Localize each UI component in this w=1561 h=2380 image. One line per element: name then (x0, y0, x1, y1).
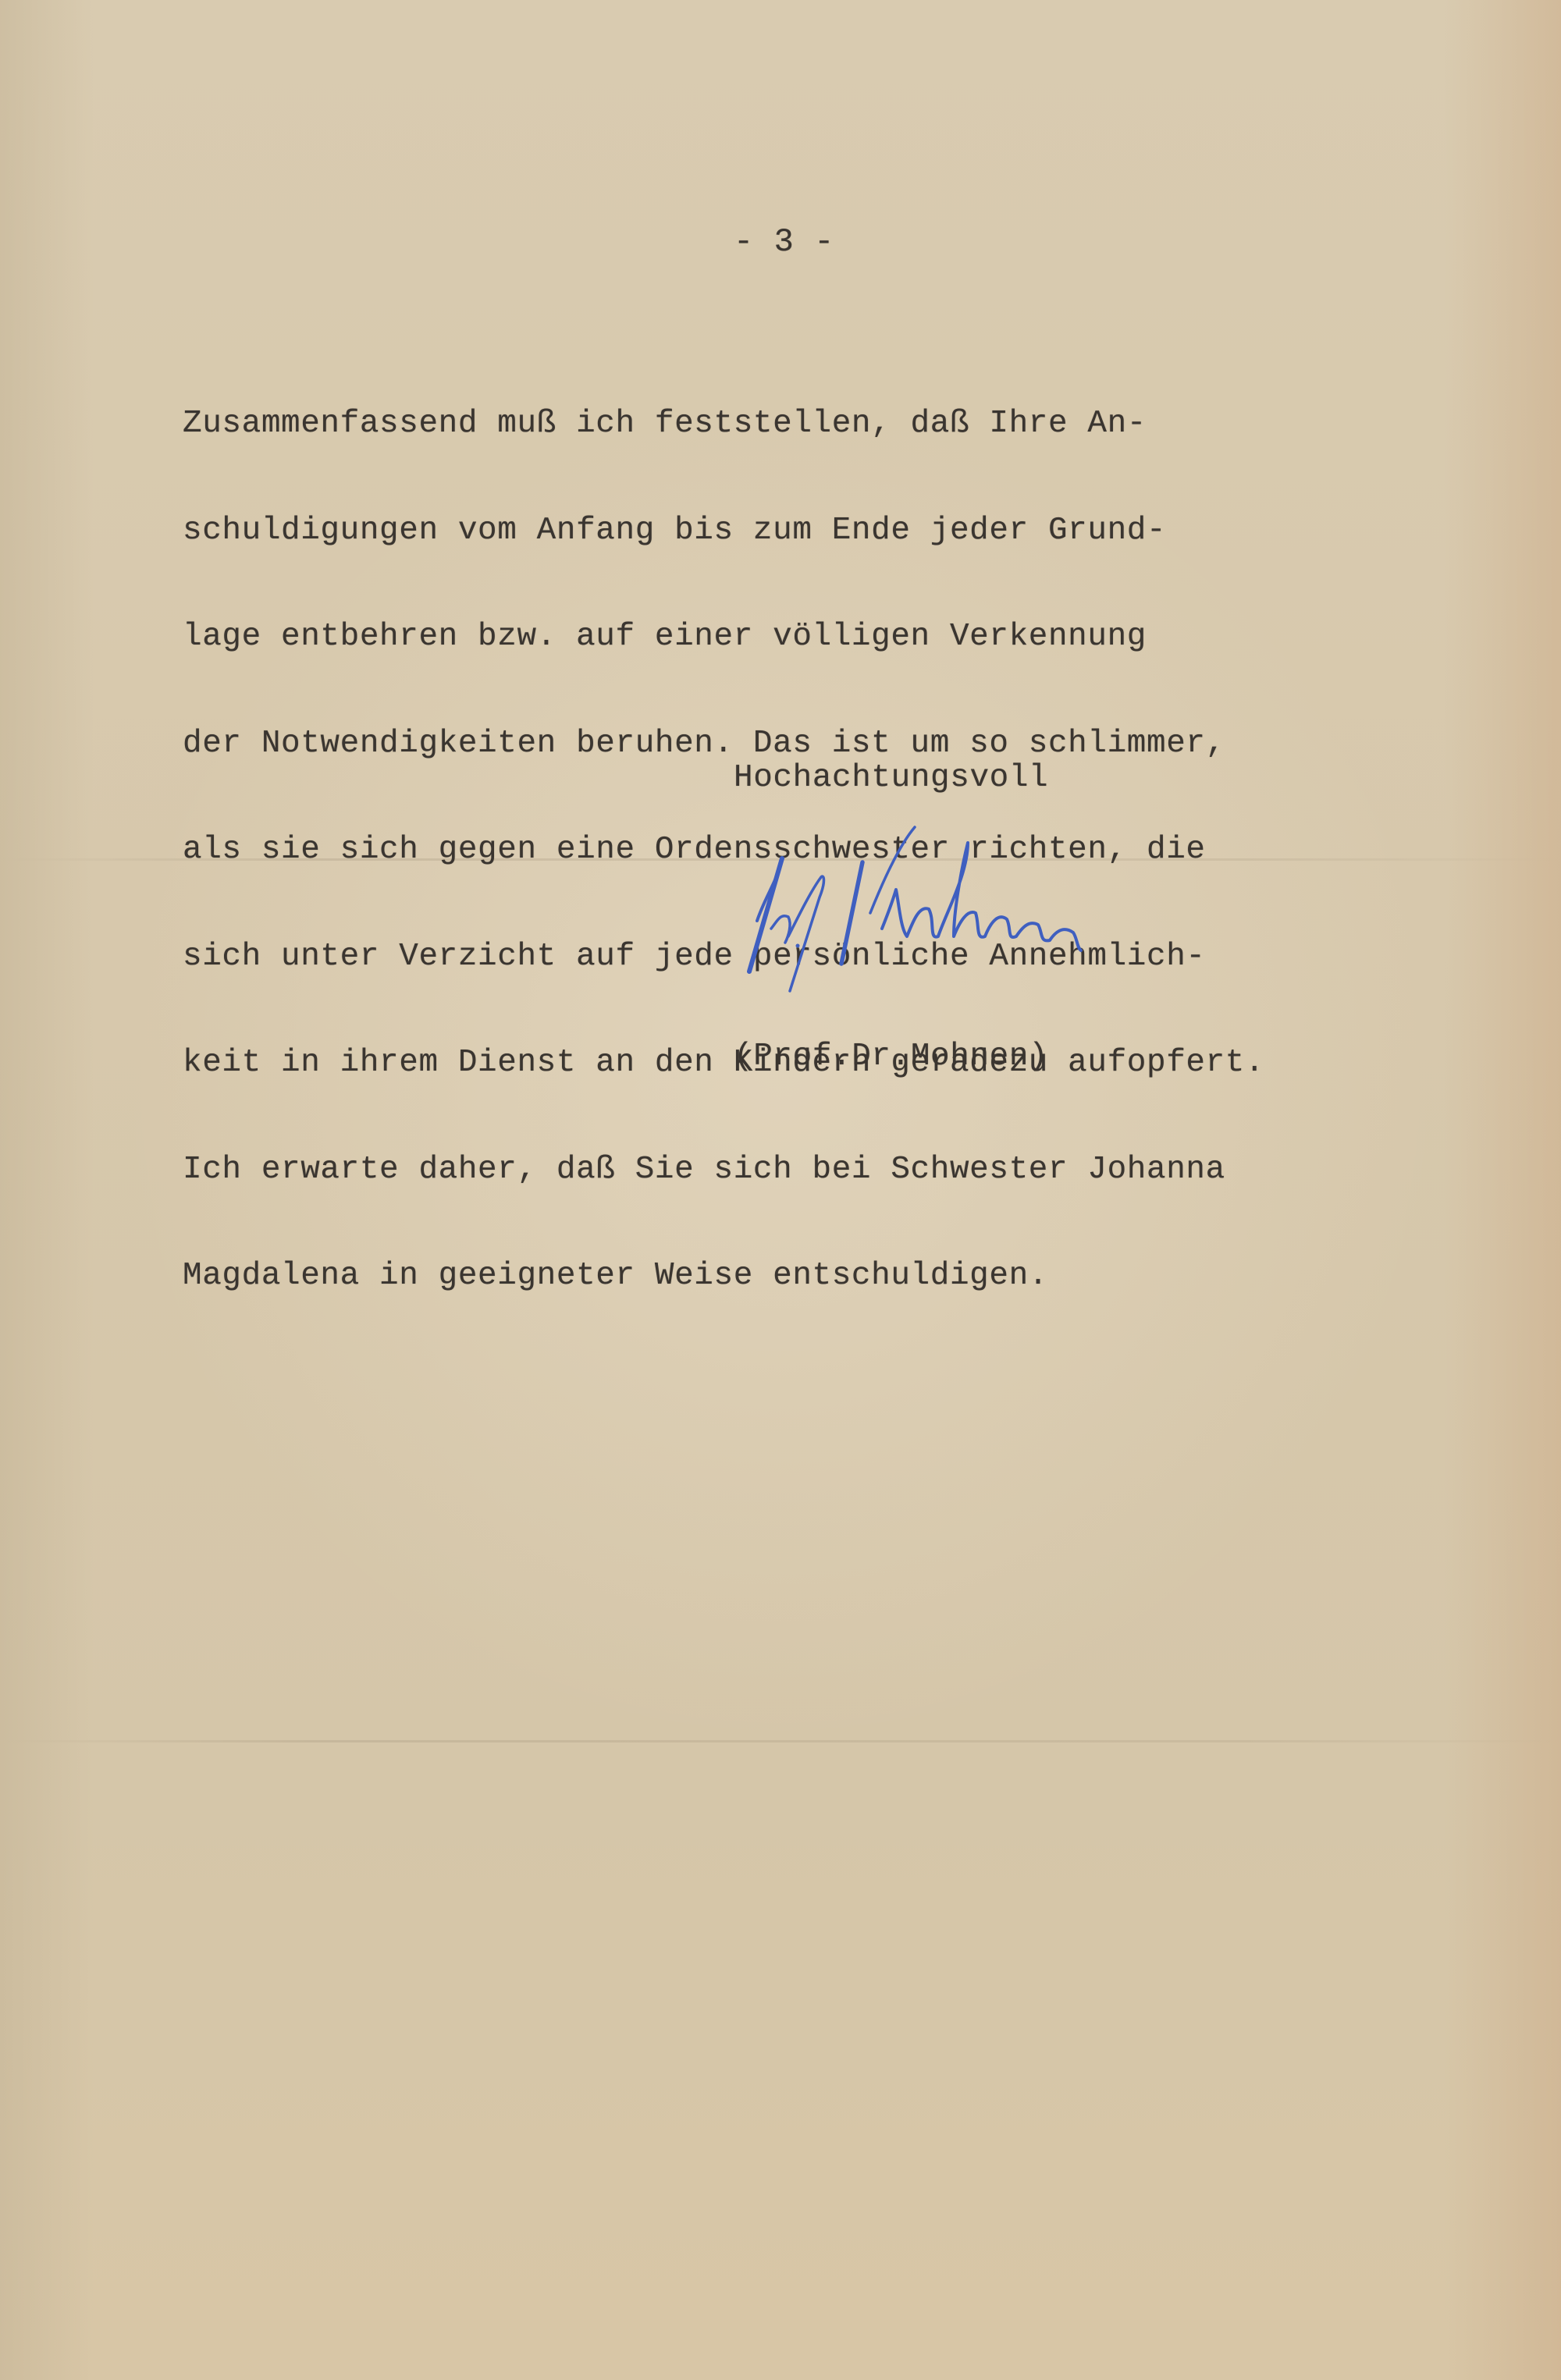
body-line: Magdalena in geeigneter Weise entschuldi… (183, 1259, 1264, 1295)
handwritten-signature-icon (734, 812, 1171, 1014)
body-line: Zusammenfassend muß ich feststellen, daß… (183, 407, 1264, 442)
paper-fold-line (0, 1740, 1561, 1742)
body-line: Ich erwarte daher, daß Sie sich bei Schw… (183, 1153, 1264, 1188)
page-number: - 3 - (734, 225, 834, 261)
closing-salutation: Hochachtungsvoll (734, 761, 1048, 797)
typed-signatory-name: (Prof.Dr.Mohnen) (734, 1039, 1048, 1075)
letter-page: - 3 - Zusammenfassend muß ich feststelle… (0, 0, 1561, 2380)
body-line: schuldigungen vom Anfang bis zum Ende je… (183, 513, 1264, 549)
body-line: lage entbehren bzw. auf einer völligen V… (183, 620, 1264, 655)
body-line: keit in ihrem Dienst an den Kindern gera… (183, 1046, 1264, 1082)
body-line: der Notwendigkeiten beruhen. Das ist um … (183, 726, 1264, 762)
